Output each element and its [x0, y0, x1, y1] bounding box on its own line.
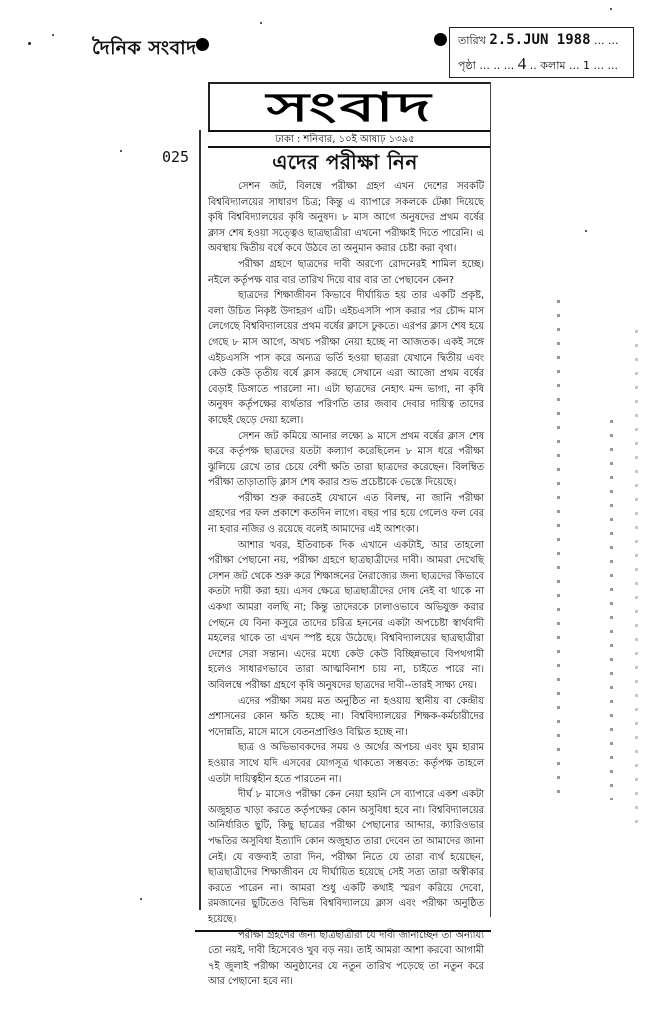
stamp-page-value: 4: [518, 54, 527, 73]
scan-speck: [28, 42, 31, 45]
newspaper-clipping: সংবাদ ঢাকা : শনিবার, ১০ই আষাঢ় ১৩৯৫ এদের…: [199, 82, 491, 936]
stamp-page-label: পৃষ্ঠা: [458, 59, 476, 72]
paragraph: পরীক্ষা গ্রহণের জন্য ছাত্রছাত্রীরা যে দা…: [208, 928, 484, 990]
stamp-dots: ... .. ...: [479, 59, 514, 72]
stamp-page-row: পৃষ্ঠা ... .. ... 4 .. কলাম ... 1 ... ..…: [458, 54, 618, 76]
stamp-date-row: তারিখ 2.5.JUN 1988 ... ...: [458, 32, 619, 51]
paragraph: এদের পরীক্ষা সময় মত অনুষ্ঠিত না হওয়ায়…: [208, 694, 484, 741]
scan-speck: [610, 8, 612, 10]
scan-speck: [260, 22, 262, 24]
paragraph: পরীক্ষা গ্রহণে ছাত্রদের দাবী অরণ্যে রোদন…: [208, 257, 484, 288]
scan-speck: [52, 34, 54, 36]
stamp-column-label: কলাম: [540, 59, 565, 72]
stamp-date-label: তারিখ: [458, 34, 486, 47]
scan-speck: [140, 898, 142, 900]
editorial-body: সেশন জট, বিলম্বে পরীক্ষা গ্রহণ এখন দেশের…: [208, 179, 484, 990]
clipping-border-left: [199, 130, 201, 910]
scan-speck: [120, 150, 122, 152]
paragraph: সেশন জট কমিয়ে আনার লক্ষ্যে ৯ মাসে প্রথম…: [208, 429, 484, 491]
stamp-dots: ..: [530, 59, 537, 72]
scan-bleed-through: [557, 300, 560, 800]
stamp-dots: ...: [569, 59, 580, 72]
newspaper-masthead: সংবাদ: [266, 88, 433, 128]
scan-speck: [585, 230, 587, 232]
stamp-date-value: 2.5.JUN 1988: [489, 32, 590, 48]
paragraph: আশার খবর, ইতিবাচক দিক এখানে একটাই, আর তা…: [208, 538, 484, 694]
date-page-stamp: তারিখ 2.5.JUN 1988 ... ... পৃষ্ঠা ... ..…: [449, 27, 634, 78]
bullet-dot-icon: [434, 33, 447, 46]
paragraph: ছাত্রদের শিক্ষাজীবন কিভাবে দীর্ঘায়িত হয…: [208, 288, 484, 428]
archive-serial-number: 025: [162, 148, 189, 166]
stamp-dots: ... ...: [594, 34, 618, 47]
masthead-box: সংবাদ: [208, 82, 490, 131]
newspaper-source-label: দৈনিক সংবাদ: [92, 34, 197, 66]
scan-bleed-through: [635, 330, 638, 830]
paragraph: সেশন জট, বিলম্বে পরীক্ষা গ্রহণ এখন দেশের…: [208, 179, 484, 257]
clipping-border-right: [490, 82, 492, 917]
paragraph: দীর্ঘ ৮ মাসেও পরীক্ষা কেন নেয়া হয়নি সে…: [208, 787, 484, 927]
stamp-dots: ... ...: [594, 59, 618, 72]
paragraph: পরীক্ষা শুরু করতেই যেখানে এত বিলম্ব, না …: [208, 491, 484, 538]
stamp-column-value: 1: [583, 59, 590, 72]
paragraph: ছাত্র ও অভিভাবকদের সময় ও অর্থের অপচয় এ…: [208, 740, 484, 787]
editorial-headline: এদের পরীক্ষা নিন: [199, 148, 491, 181]
bullet-dot-icon: [196, 38, 209, 51]
clipping-bottom-rule: [195, 930, 491, 932]
scan-bleed-through: [610, 420, 613, 800]
